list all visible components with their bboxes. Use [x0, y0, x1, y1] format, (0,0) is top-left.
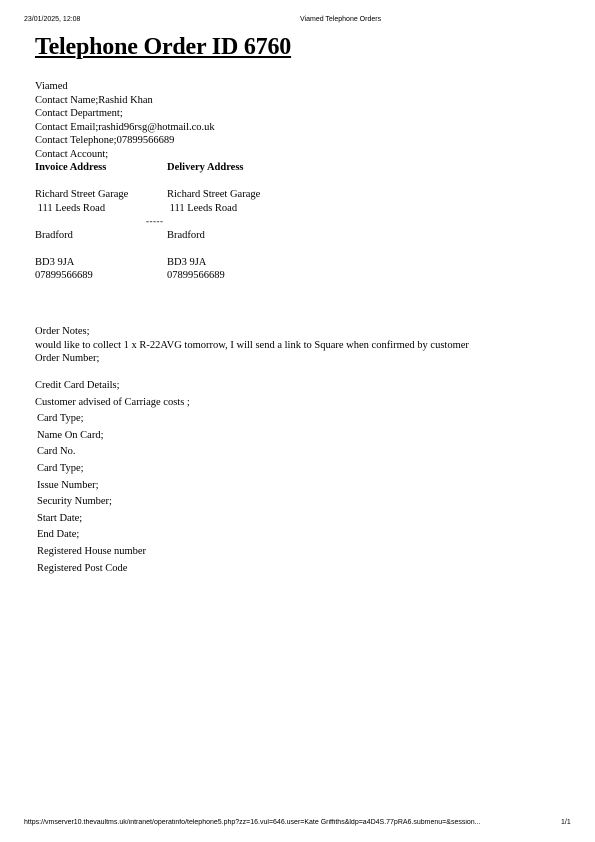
card-number-field: Card No.: [35, 445, 190, 462]
issue-number-field: Issue Number;: [35, 479, 190, 496]
delivery-address-header: Delivery Address: [167, 161, 299, 175]
order-number-label: Order Number;: [35, 352, 575, 366]
registered-house-number-field: Registered House number: [35, 545, 190, 562]
order-notes-block: Order Notes; would like to collect 1 x R…: [35, 325, 575, 366]
card-type-field-2: Card Type;: [35, 462, 190, 479]
invoice-postcode: BD3 9JA: [35, 256, 167, 270]
order-notes-label: Order Notes;: [35, 325, 575, 339]
print-footer-url: https://vmserver10.thevaultms.uk/intrane…: [24, 819, 549, 826]
address-table: Invoice Address Delivery Address Richard…: [35, 161, 299, 283]
invoice-city: Bradford: [35, 229, 167, 243]
invoice-line2: 111 Leeds Road: [35, 202, 167, 216]
print-header-title: Viamed Telephone Orders: [300, 16, 381, 23]
invoice-address-header: Invoice Address: [35, 161, 167, 175]
delivery-postcode: BD3 9JA: [167, 256, 299, 270]
contact-telephone: Contact Telephone;07899566689: [35, 134, 215, 148]
delivery-phone: 07899566689: [167, 269, 299, 283]
carriage-costs-label: Customer advised of Carriage costs ;: [35, 396, 190, 413]
security-number-field: Security Number;: [35, 495, 190, 512]
card-type-field: Card Type;: [35, 412, 190, 429]
invoice-phone: 07899566689: [35, 269, 167, 283]
print-header-datetime: 23/01/2025, 12:08: [24, 16, 80, 23]
credit-card-details-label: Credit Card Details;: [35, 379, 190, 396]
delivery-line1: Richard Street Garage: [167, 188, 299, 202]
name-on-card-field: Name On Card;: [35, 429, 190, 446]
page-title: Telephone Order ID 6760: [35, 34, 291, 61]
company-name: Viamed: [35, 80, 215, 94]
contact-department: Contact Department;: [35, 107, 215, 121]
invoice-line1: Richard Street Garage: [35, 188, 167, 202]
contact-name: Contact Name;Rashid Khan: [35, 94, 215, 108]
print-footer-page-number: 1/1: [561, 819, 571, 826]
registered-post-code-field: Registered Post Code: [35, 562, 190, 579]
order-notes-text: would like to collect 1 x R-22AVG tomorr…: [35, 339, 575, 353]
start-date-field: Start Date;: [35, 512, 190, 529]
contact-account: Contact Account;: [35, 148, 215, 162]
contact-block: Viamed Contact Name;Rashid Khan Contact …: [35, 80, 215, 161]
credit-card-block: Credit Card Details; Customer advised of…: [35, 379, 190, 578]
delivery-line2: 111 Leeds Road: [167, 202, 299, 216]
end-date-field: End Date;: [35, 528, 190, 545]
address-separator: -----: [146, 216, 164, 226]
delivery-city: Bradford: [167, 229, 299, 243]
contact-email: Contact Email;rashid96rsg@hotmail.co.uk: [35, 121, 215, 135]
